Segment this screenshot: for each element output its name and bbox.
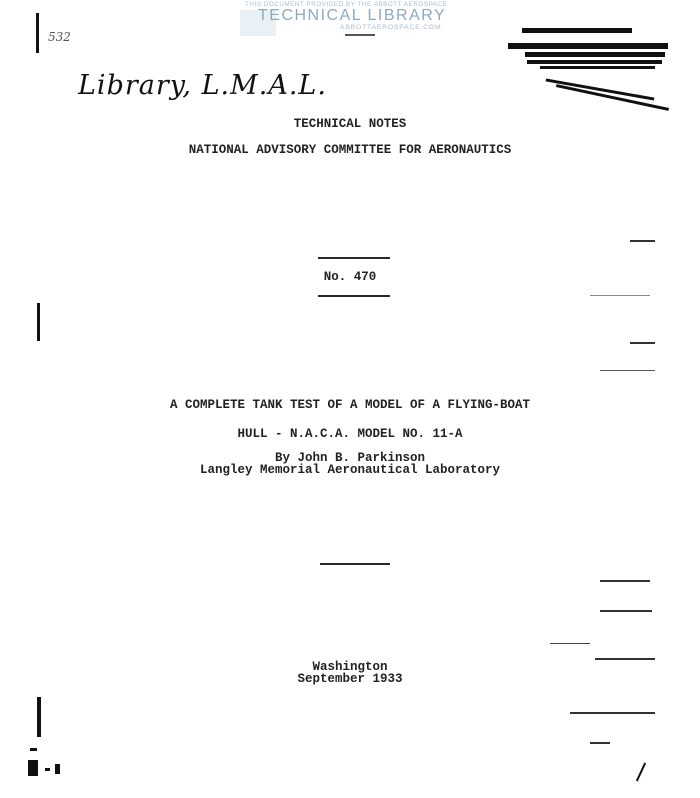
library-stamp: Library, L.M.A.L. [78,70,327,101]
divider [318,295,390,297]
author-affiliation: Langley Memorial Aeronautical Laboratory [0,463,700,477]
handwritten-number: 532 [48,30,71,44]
report-number: No. 470 [0,270,700,284]
publication-date: September 1933 [0,672,700,686]
divider [318,257,390,259]
watermark-underline [345,34,375,36]
margin-bracket-mark [36,13,39,53]
margin-bracket-mark [37,303,40,341]
title-line-2: HULL - N.A.C.A. MODEL NO. 11-A [0,427,700,441]
document-page: THIS DOCUMENT PROVIDED BY THE ABBOTT AER… [0,0,700,798]
series-heading: TECHNICAL NOTES [0,117,700,131]
watermark-url[interactable]: ABBOTTAEROSPACE.COM [340,24,441,31]
organization-heading: NATIONAL ADVISORY COMMITTEE FOR AERONAUT… [0,143,700,157]
watermark-title: TECHNICAL LIBRARY [258,7,446,25]
divider [320,563,390,565]
title-line-1: A COMPLETE TANK TEST OF A MODEL OF A FLY… [0,398,700,412]
